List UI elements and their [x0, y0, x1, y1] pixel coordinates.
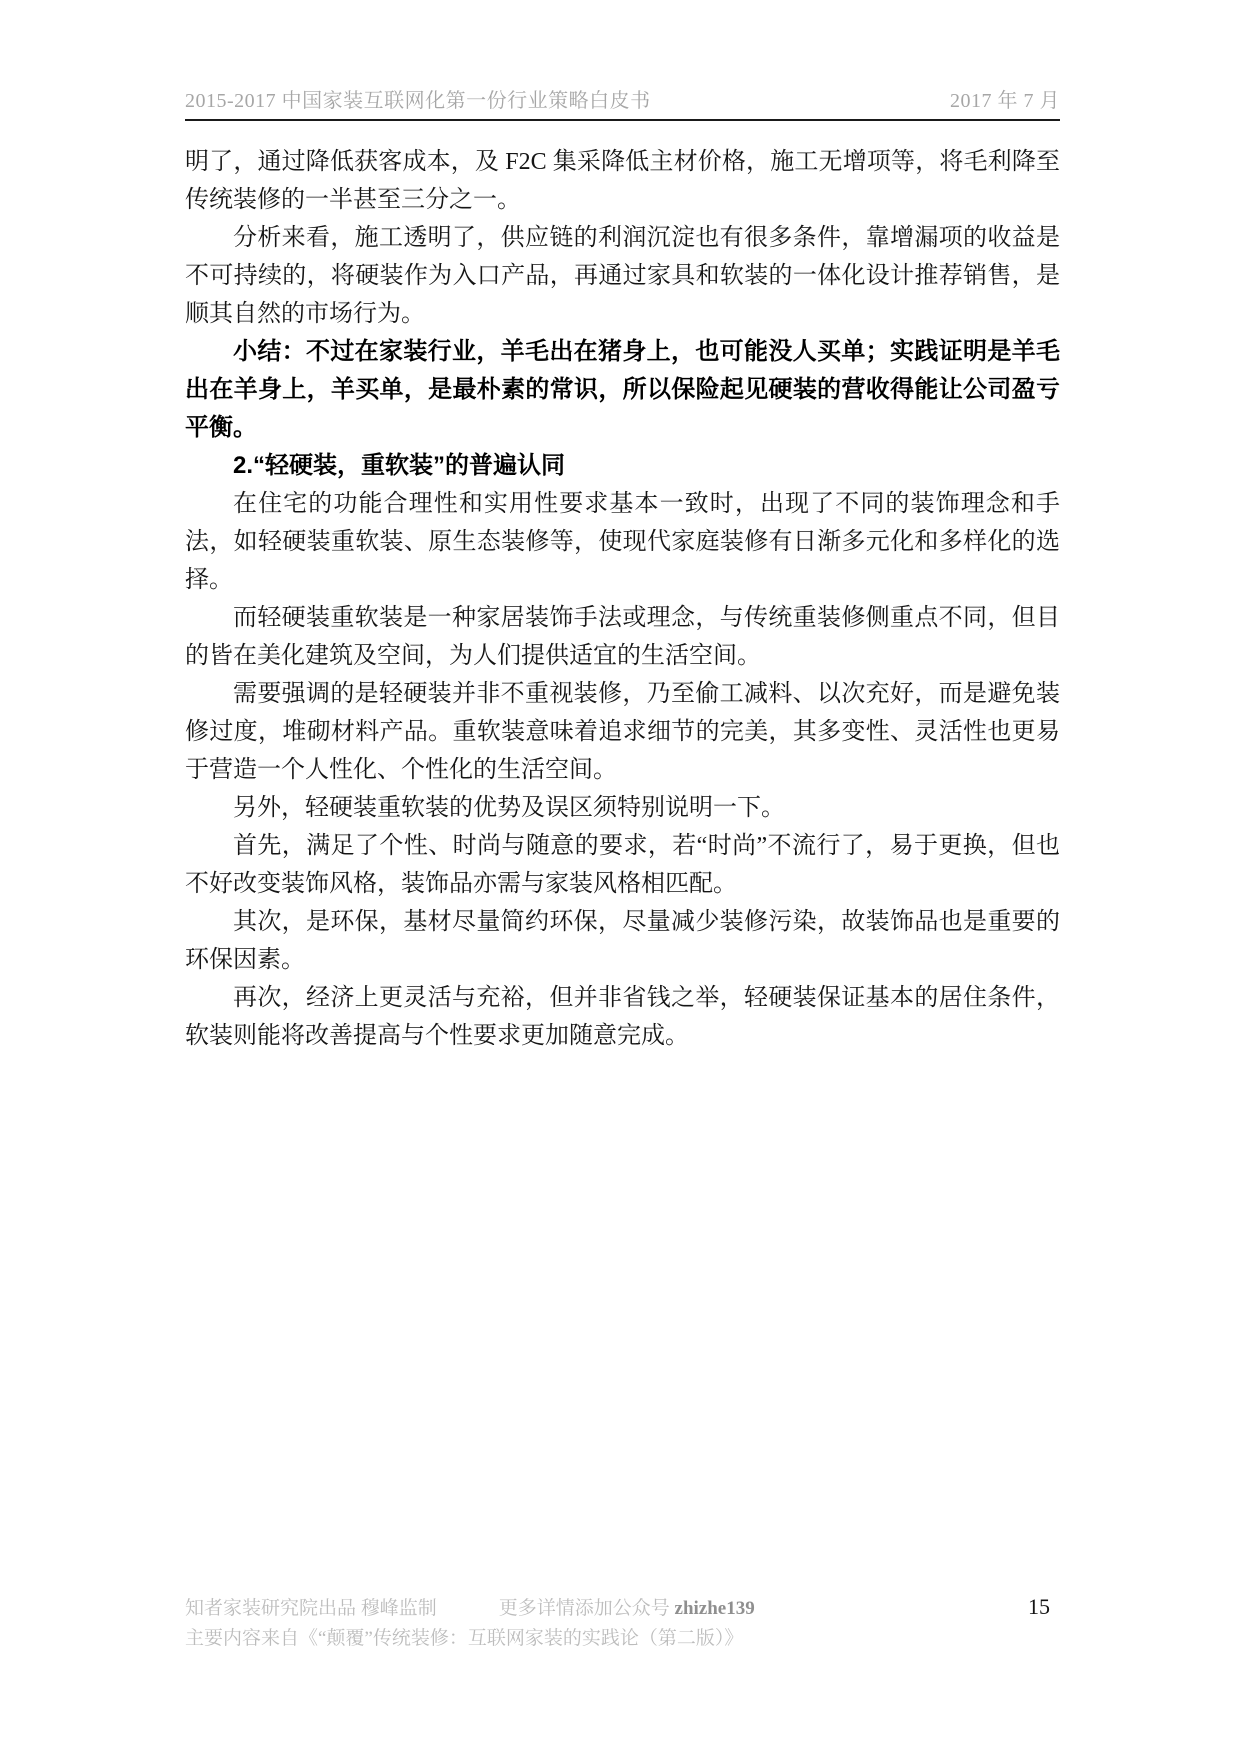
footer-line-1: 知者家装研究院出品 穆峰监制更多详情添加公众号 zhizhe139	[185, 1594, 1060, 1624]
page-number: 15	[1028, 1594, 1050, 1620]
paragraph: 而轻硬装重软装是一种家居装饰手法或理念，与传统重装修侧重点不同，但目的皆在美化建…	[185, 599, 1060, 675]
paragraph: 其次，是环保，基材尽量简约环保，尽量减少装修污染，故装饰品也是重要的环保因素。	[185, 903, 1060, 979]
paragraph-continuation: 明了，通过降低获客成本，及 F2C 集采降低主材价格，施工无增项等，将毛利降至传…	[185, 143, 1060, 219]
document-page: 2015-2017 中国家装互联网化第一份行业策略白皮书 2017 年 7 月 …	[0, 0, 1240, 1754]
header-date: 2017 年 7 月	[950, 84, 1060, 113]
footer-wechat-id: zhizhe139	[675, 1598, 755, 1619]
paragraph: 需要强调的是轻硬装并非不重视装修，乃至偷工减料、以次充好，而是避免装修过度，堆砌…	[185, 675, 1060, 789]
section-heading: 2.“轻硬装，重软装”的普遍认同	[185, 447, 1060, 485]
document-body: 明了，通过降低获客成本，及 F2C 集采降低主材价格，施工无增项等，将毛利降至传…	[185, 143, 1060, 1055]
paragraph: 首先，满足了个性、时尚与随意的要求，若“时尚”不流行了，易于更换，但也不好改变装…	[185, 827, 1060, 903]
footer-source: 主要内容来自《“颠覆”传统装修：互联网家装的实践论（第二版）》	[185, 1628, 743, 1649]
footer-wechat-note: 更多详情添加公众号	[499, 1598, 675, 1619]
footer-line-2: 主要内容来自《“颠覆”传统装修：互联网家装的实践论（第二版）》	[185, 1624, 1060, 1654]
footer-credits: 知者家装研究院出品 穆峰监制	[185, 1598, 437, 1619]
page-header: 2015-2017 中国家装互联网化第一份行业策略白皮书 2017 年 7 月	[185, 84, 1060, 121]
summary-paragraph: 小结：不过在家装行业，羊毛出在猪身上，也可能没人买单；实践证明是羊毛出在羊身上，…	[185, 333, 1060, 447]
paragraph: 再次，经济上更灵活与充裕，但并非省钱之举，轻硬装保证基本的居住条件，软装则能将改…	[185, 979, 1060, 1055]
paragraph: 分析来看，施工透明了，供应链的利润沉淀也有很多条件，靠增漏项的收益是不可持续的，…	[185, 219, 1060, 333]
page-footer: 知者家装研究院出品 穆峰监制更多详情添加公众号 zhizhe139 主要内容来自…	[185, 1594, 1060, 1654]
header-title: 2015-2017 中国家装互联网化第一份行业策略白皮书	[185, 84, 651, 113]
paragraph: 在住宅的功能合理性和实用性要求基本一致时，出现了不同的装饰理念和手法，如轻硬装重…	[185, 485, 1060, 599]
paragraph: 另外，轻硬装重软装的优势及误区须特别说明一下。	[185, 789, 1060, 827]
